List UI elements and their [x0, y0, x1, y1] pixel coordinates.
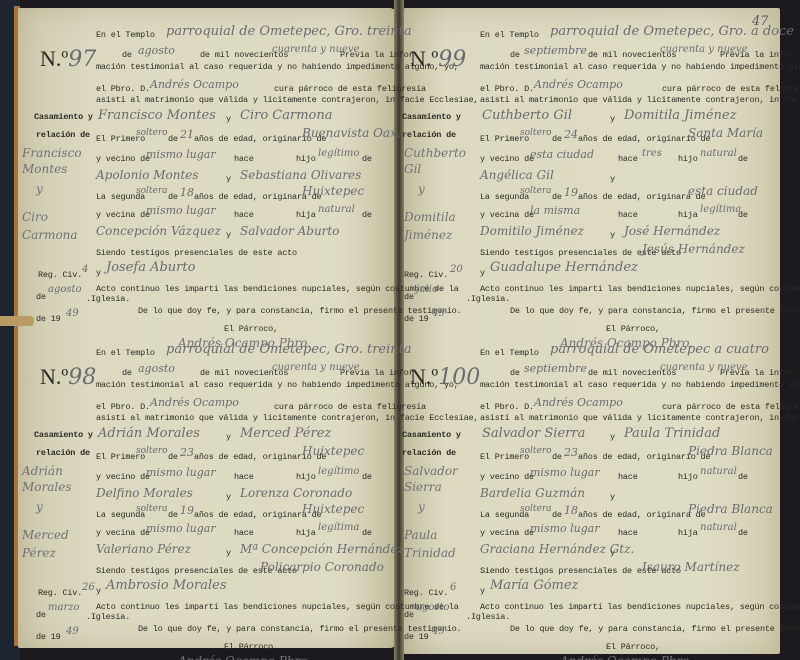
bride-filiation: legítima: [700, 204, 741, 215]
label-iglesia: .Iglesia.: [466, 294, 510, 304]
label-hace: hace: [618, 528, 638, 538]
label-informacion: mación testimonial al caso requerida y n…: [96, 380, 459, 390]
margin-note-line: Merced: [22, 528, 69, 542]
witness-2: Josefa Aburto: [106, 260, 195, 275]
bride-residence: mismo lugar: [530, 522, 600, 535]
label-vecina: y vecina de: [96, 528, 150, 538]
entry-number: N.º100: [410, 364, 480, 390]
witness-1: Jesús Hernández: [642, 242, 745, 256]
temple-name: parroquial de Ometepec, Gro. a doce: [550, 24, 794, 39]
label-informacion: mación testimonial al caso requerida y n…: [480, 380, 800, 390]
bride-filiation: legítima: [318, 522, 359, 533]
groom-origin: Huixtepec: [302, 444, 364, 458]
margin-note-line: Carmona: [22, 228, 78, 242]
label-acto: Acto continuo les impartí las bendicione…: [480, 602, 800, 612]
entry-number: N.º99: [410, 46, 466, 72]
groom-parent-2: Sebastiana Olivares: [240, 168, 361, 182]
label-temple: En el Templo: [480, 30, 539, 40]
bride-parent-1: Concepción Vázquez: [96, 224, 221, 238]
bride-residence: la misma: [530, 204, 580, 217]
label-hija: hija: [296, 528, 316, 538]
groom-status: soltero: [520, 128, 552, 138]
label-reg-civ: Reg. Civ.: [404, 270, 448, 280]
reg-civ-number: 20: [450, 264, 463, 275]
label-asisti: asistí al matrimonio que válida y lícita…: [480, 95, 800, 105]
groom-origin: Piedra Blanca: [688, 444, 773, 458]
label-y: y: [96, 586, 101, 596]
bride-name: Paula Trinidad: [624, 426, 720, 441]
label-reg-civ: Reg. Civ.: [38, 270, 82, 280]
label-casamiento: Casamiento y: [402, 430, 461, 440]
reg-year: 49: [432, 626, 445, 637]
label-de: de: [510, 368, 520, 378]
label-hijo: hijo: [678, 154, 698, 164]
label-vecino: y vecino de: [480, 154, 534, 164]
witness-2: Guadalupe Hernández: [490, 260, 638, 275]
witness-1: Isauro Martínez: [642, 560, 740, 574]
temple-name: parroquial de Ometepec, Gro. treinta: [166, 24, 412, 39]
groom-origin: Buenavista Oax.: [302, 126, 401, 140]
groom-since: tres: [642, 148, 662, 159]
label-previa: Previa la infor-: [720, 368, 798, 378]
groom-filiation: natural: [700, 466, 737, 477]
label-de: de: [168, 452, 178, 462]
entry-number: N.º98: [40, 364, 96, 390]
bride-residence: mismo lugar: [146, 204, 216, 217]
groom-filiation: natural: [700, 148, 737, 159]
groom-status: soltero: [136, 128, 168, 138]
reg-month: marzo: [48, 602, 80, 613]
label-acto: Acto continuo les impartí las bendicione…: [480, 284, 800, 294]
margin-note-line: y: [36, 500, 43, 514]
bride-age: 18: [564, 504, 578, 517]
label-pbro: el Pbro. D.: [96, 84, 150, 94]
label-y: y: [610, 230, 615, 240]
label-y: y: [226, 174, 231, 184]
groom-name: Cuthberto Gil: [482, 108, 572, 123]
label-hijo: hijo: [296, 472, 316, 482]
label-iglesia: .Iglesia.: [466, 612, 510, 622]
label-hace: hace: [618, 210, 638, 220]
margin-note-line: Adrián: [22, 464, 63, 478]
groom-name: Francisco Montes: [98, 108, 216, 123]
month: septiembre: [524, 362, 587, 375]
bride-status: soltera: [136, 186, 168, 196]
label-hace: hace: [234, 210, 254, 220]
label-y: y: [226, 114, 231, 124]
label-de: de: [552, 192, 562, 202]
label-hija: hija: [678, 528, 698, 538]
label-hace: hace: [618, 472, 638, 482]
label-pbro: el Pbro. D.: [480, 84, 534, 94]
margin-note-line: Montes: [22, 162, 67, 176]
label-de: de: [362, 528, 372, 538]
register-entry: N.º100 En el Templo parroquial de Ometep…: [410, 340, 770, 640]
label-de: de: [552, 452, 562, 462]
groom-status: soltero: [136, 446, 168, 456]
label-relacion: relación de: [402, 448, 456, 458]
label-de: de: [738, 210, 748, 220]
bride-origin: esta ciudad: [688, 184, 758, 198]
register-entry: N.º99 En el Templo parroquial de Ometepe…: [410, 22, 770, 322]
label-y: y: [480, 586, 485, 596]
reg-civ-number: 26: [82, 582, 95, 593]
label-vecina: y vecina de: [480, 528, 534, 538]
label-hace: hace: [234, 154, 254, 164]
label-asisti: asistí al matrimonio que válida y lícita…: [480, 413, 800, 423]
groom-age: 24: [564, 128, 578, 141]
margin-note-line: Gil: [404, 162, 421, 176]
priest-signature: Andrés Ocampo Pbro.: [560, 336, 693, 350]
reg-month: agosto: [416, 602, 450, 613]
month: agosto: [138, 44, 175, 57]
register-entry: N.º98 En el Templo parroquial de Ometepe…: [28, 340, 388, 640]
groom-age: 23: [180, 446, 194, 459]
label-pbro: el Pbro. D.: [96, 402, 150, 412]
label-hace: hace: [618, 154, 638, 164]
label-y: y: [610, 174, 615, 184]
margin-note-line: y: [418, 500, 425, 514]
groom-residence: esta ciudad: [530, 148, 594, 161]
bride-parent-2: Mª Concepción Hernández: [240, 542, 404, 556]
groom-parent-1: Apolonio Montes: [96, 168, 199, 182]
margin-note-line: Cuthberto: [404, 146, 466, 160]
month: agosto: [138, 362, 175, 375]
margin-note-line: Salvador: [404, 464, 458, 478]
label-de-19: de 19: [404, 632, 429, 642]
label-casamiento: Casamiento y: [402, 112, 461, 122]
label-doy-fe: De lo que doy fe, y para constancia, fir…: [510, 624, 800, 634]
month: septiembre: [524, 44, 587, 57]
label-vecina: y vecina de: [480, 210, 534, 220]
label-vecino: y vecino de: [96, 154, 150, 164]
bride-name: Ciro Carmona: [240, 108, 332, 123]
label-cura: cura párroco de esta feligresía: [662, 84, 800, 94]
bride-age: 19: [564, 186, 578, 199]
label-y: y: [610, 432, 615, 442]
bride-parent-2: José Hernández: [624, 224, 720, 238]
priest-name: Andrés Ocampo: [150, 396, 239, 409]
label-vecino: y vecino de: [480, 472, 534, 482]
witness-2: Ambrosio Morales: [106, 578, 227, 593]
margin-note-line: Domitila: [404, 210, 456, 224]
register-entry: N.º97 En el Templo parroquial de Ometepe…: [28, 22, 388, 322]
label-hijo: hijo: [678, 472, 698, 482]
priest-name: Andrés Ocampo: [534, 396, 623, 409]
label-de-19: de 19: [36, 632, 61, 642]
label-casamiento: Casamiento y: [34, 430, 93, 440]
label-iglesia: .Iglesia.: [86, 294, 130, 304]
groom-parent-1: Angélica Gil: [480, 168, 554, 182]
groom-name: Adrián Morales: [98, 426, 200, 441]
label-hace: hace: [234, 472, 254, 482]
label-de: de: [362, 472, 372, 482]
label-relacion: relación de: [402, 130, 456, 140]
label-de: de: [404, 292, 414, 302]
bride-parent-1: Valeriano Pérez: [96, 542, 191, 556]
margin-note-line: Ciro: [22, 210, 48, 224]
margin-note-line: Sierra: [404, 480, 442, 494]
label-de: de: [552, 510, 562, 520]
bride-parent-2: Salvador Aburto: [240, 224, 339, 238]
label-y: y: [96, 268, 101, 278]
label-doy-fe: De lo que doy fe, y para constancia, fir…: [510, 306, 800, 316]
label-parroco: El Párroco,: [606, 642, 660, 652]
groom-parent-2: Lorenza Coronado: [240, 486, 352, 500]
label-reg-civ: Reg. Civ.: [38, 588, 82, 598]
label-hija: hija: [296, 210, 316, 220]
label-de: de: [36, 292, 46, 302]
label-vecino: y vecino de: [96, 472, 150, 482]
label-de: de: [36, 610, 46, 620]
label-informacion: mación testimonial al caso requerida y n…: [96, 62, 459, 72]
groom-status: soltero: [520, 446, 552, 456]
bride-age: 18: [180, 186, 194, 199]
bride-origin: Huixtepec: [302, 502, 364, 516]
groom-name: Salvador Sierra: [482, 426, 585, 441]
label-de: de: [362, 210, 372, 220]
label-informacion: mación testimonial al caso requerida y n…: [480, 62, 800, 72]
priest-signature: Andrés Ocampo Pbro.: [560, 654, 693, 660]
groom-filiation: legítimo: [318, 466, 359, 477]
reg-year: 49: [66, 626, 79, 637]
label-de: de: [510, 50, 520, 60]
label-previa: Previa la infor-: [340, 50, 418, 60]
label-hija: hija: [678, 210, 698, 220]
label-y: y: [610, 114, 615, 124]
label-pbro: el Pbro. D.: [480, 402, 534, 412]
label-hijo: hijo: [296, 154, 316, 164]
witness-2: María Gómez: [490, 578, 578, 593]
label-de: de: [738, 472, 748, 482]
label-y: y: [610, 492, 615, 502]
label-de: de: [738, 528, 748, 538]
groom-origin: Santa María: [688, 126, 763, 140]
bride-origin: Piedra Blanca: [688, 502, 773, 516]
groom-age: 23: [564, 446, 578, 459]
margin-note-line: Paula: [404, 528, 437, 542]
priest-signature: Andrés Ocampo Pbro.: [178, 654, 311, 660]
reg-year: 49: [432, 308, 445, 319]
margin-note-line: Francisco: [22, 146, 82, 160]
label-anos-edad-f: años de edad, originara de: [578, 192, 705, 202]
priest-signature: Andrés Ocampo Pbro.: [178, 336, 311, 350]
label-de: de: [168, 510, 178, 520]
bride-filiation: natural: [700, 522, 737, 533]
label-relacion: relación de: [36, 130, 90, 140]
label-temple: En el Templo: [96, 30, 155, 40]
priest-name: Andrés Ocampo: [150, 78, 239, 91]
label-de: de: [404, 610, 414, 620]
entry-number: N.º97: [40, 46, 96, 72]
bride-status: soltera: [520, 504, 552, 514]
label-casamiento: Casamiento y: [34, 112, 93, 122]
reg-civ-number: 4: [82, 264, 88, 275]
bride-filiation: natural: [318, 204, 355, 215]
label-hace: hace: [234, 528, 254, 538]
label-y: y: [226, 548, 231, 558]
label-de-19: de 19: [404, 314, 429, 324]
label-y: y: [610, 548, 615, 558]
label-temple: En el Templo: [96, 348, 155, 358]
groom-filiation: legítimo: [318, 148, 359, 159]
label-testigos: Siendo testigos presenciales de este act…: [96, 248, 297, 258]
label-iglesia: .Iglesia.: [86, 612, 130, 622]
label-previa: Previa la infor-: [720, 50, 798, 60]
label-y: y: [226, 432, 231, 442]
label-de: de: [738, 154, 748, 164]
margin-note-line: y: [418, 182, 425, 196]
bride-origin: Huixtepec: [302, 184, 364, 198]
label-y: y: [480, 268, 485, 278]
label-de: de: [122, 50, 132, 60]
label-cura: cura párroco de esta feligresía: [274, 402, 426, 412]
groom-parent-1: Bardelia Guzmán: [480, 486, 585, 500]
label-de-19: de 19: [36, 314, 61, 324]
bride-status: soltera: [520, 186, 552, 196]
witness-1: Policarpio Coronado: [260, 560, 384, 574]
priest-name: Andrés Ocampo: [534, 78, 623, 91]
label-de: de: [168, 192, 178, 202]
label-previa: Previa la infor-: [340, 368, 418, 378]
label-parroco: El Párroco,: [606, 324, 660, 334]
label-reg-civ: Reg. Civ.: [404, 588, 448, 598]
label-de: de: [362, 154, 372, 164]
bride-parent-1: Domitilo Jiménez: [480, 224, 584, 238]
label-relacion: relación de: [36, 448, 90, 458]
label-cura: cura párroco de esta feligresía: [662, 402, 800, 412]
reg-month: julio: [416, 284, 438, 295]
bride-status: soltera: [136, 504, 168, 514]
bride-residence: mismo lugar: [146, 522, 216, 535]
groom-residence: mismo lugar: [530, 466, 600, 479]
reg-month: agosto: [48, 284, 82, 295]
bride-name: Domitila Jiménez: [624, 108, 736, 123]
label-parroco: El Párroco,: [224, 324, 278, 334]
groom-age: 21: [180, 128, 194, 141]
groom-residence: mismo lugar: [146, 466, 216, 479]
label-cura: cura párroco de esta feligresía: [274, 84, 426, 94]
margin-note-line: Morales: [22, 480, 72, 494]
groom-residence: mismo lugar: [146, 148, 216, 161]
label-parroco: El Párroco,: [224, 642, 278, 652]
margin-note-line: Trinidad: [404, 546, 456, 560]
bride-name: Merced Pérez: [240, 426, 331, 441]
label-de: de: [168, 134, 178, 144]
reg-year: 49: [66, 308, 79, 319]
label-anos-edad-f: años de edad, originara de: [578, 510, 705, 520]
label-y: y: [226, 492, 231, 502]
label-temple: En el Templo: [480, 348, 539, 358]
label-de: de: [122, 368, 132, 378]
label-de: de: [552, 134, 562, 144]
label-y: y: [226, 230, 231, 240]
margin-note-line: Pérez: [22, 546, 56, 560]
reg-civ-number: 6: [450, 582, 456, 593]
groom-parent-1: Delfino Morales: [96, 486, 193, 500]
label-vecina: y vecina de: [96, 210, 150, 220]
bride-age: 19: [180, 504, 194, 517]
margin-note-line: Jiménez: [404, 228, 452, 242]
margin-note-line: y: [36, 182, 43, 196]
